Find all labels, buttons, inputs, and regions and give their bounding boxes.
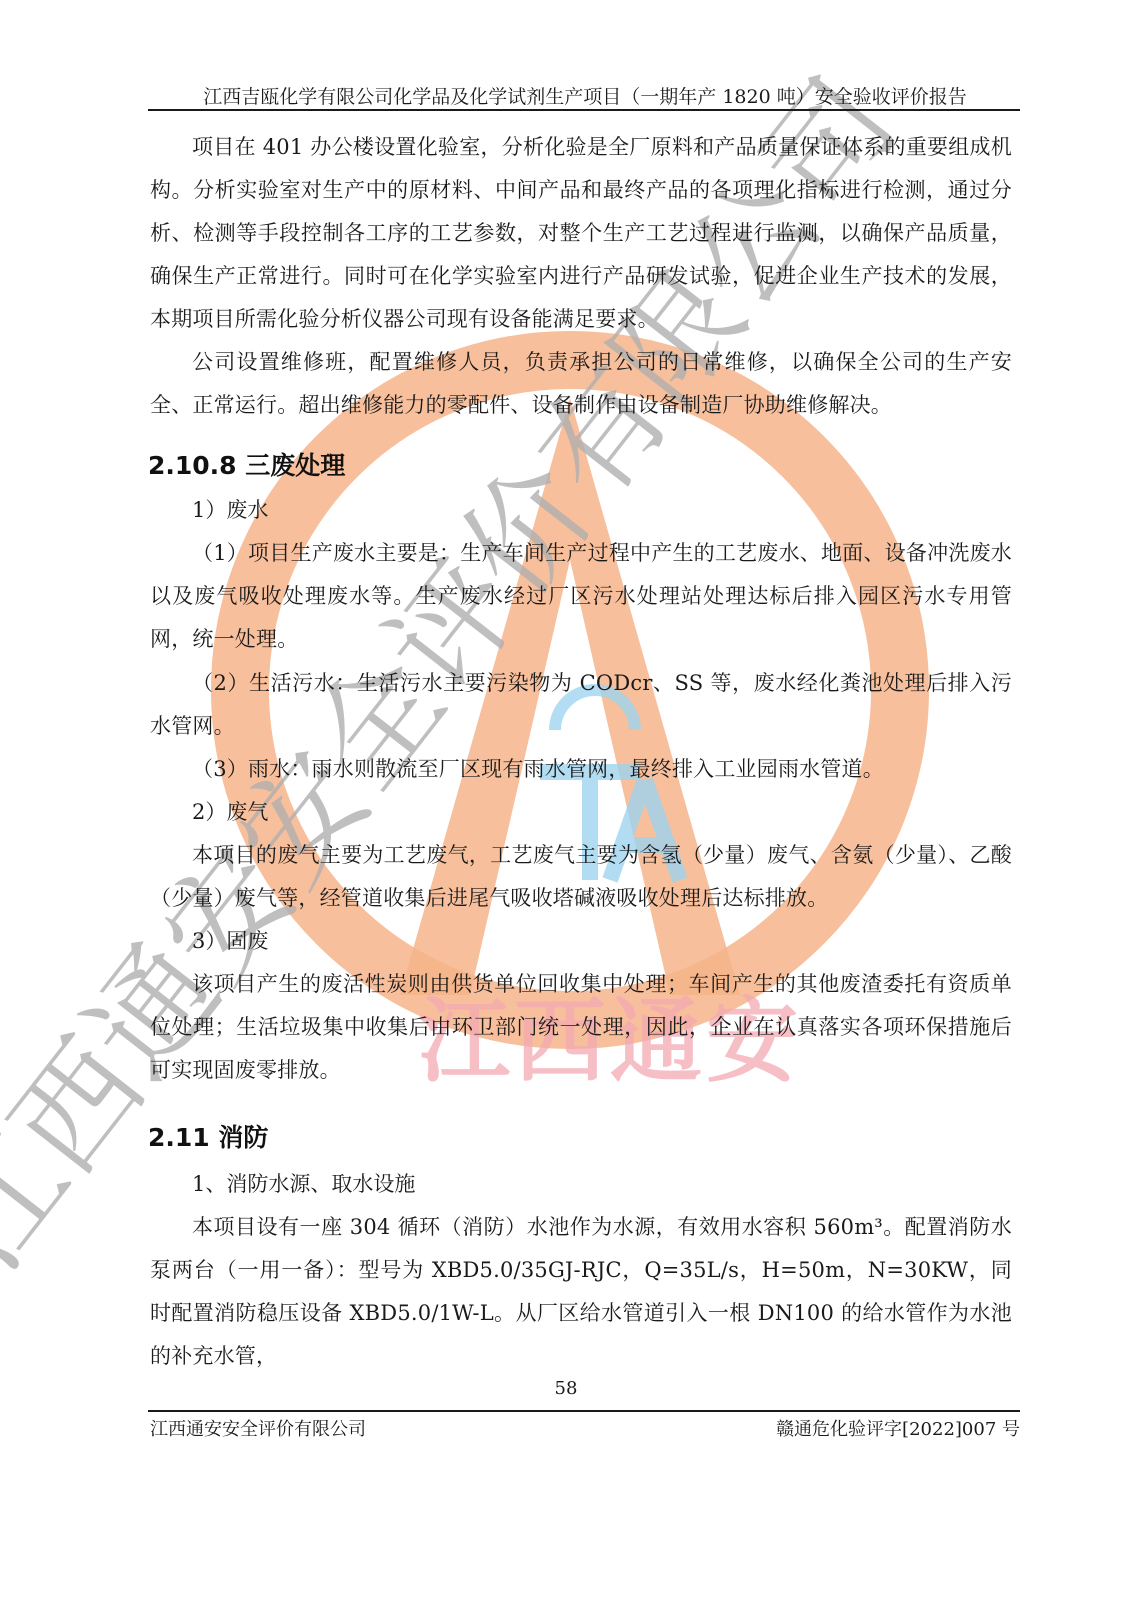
subheading-fire-water-source: 1、消防水源、取水设施 [192, 1163, 415, 1206]
paragraph-lab: 项目在 401 办公楼设置化验室，分析化验是全厂原料和产品质量保证体系的重要组成… [150, 126, 1012, 341]
page-content: 江西吉瓯化学有限公司化学品及化学试剂生产项目（一期年产 1820 吨）安全验收评… [0, 0, 1132, 1600]
footer-divider [148, 1410, 1020, 1412]
paragraph-domestic-sewage: （2）生活污水：生活污水主要污染物为 CODcr、SS 等，废水经化粪池处理后排… [150, 662, 1012, 748]
page-number: 58 [0, 1378, 1132, 1399]
paragraph-fire-water: 本项目设有一座 304 循环（消防）水池作为水源，有效用水容积 560m³。配置… [150, 1206, 1012, 1378]
document-page: 江西通安 江西通安安全评价有限公司 江西吉瓯化学有限公司化学品及化学试剂生产项目… [0, 0, 1132, 1600]
paragraph-waste-gas: 本项目的废气主要为工艺废气，工艺废气主要为含氢（少量）废气、含氨（少量）、乙酸（… [150, 834, 1012, 920]
paragraph-solid-waste: 该项目产生的废活性炭则由供货单位回收集中处理；车间产生的其他废渣委托有资质单位处… [150, 963, 1012, 1092]
section-heading-2-11: 2.11 消防 [148, 1118, 268, 1154]
section-heading-2-10-8: 2.10.8 三废处理 [148, 446, 345, 482]
paragraph-maintenance: 公司设置维修班，配置维修人员，负责承担公司的日常维修，以确保全公司的生产安全、正… [150, 341, 1012, 427]
header-divider [148, 109, 1020, 111]
subheading-solid-waste: 3）固废 [192, 920, 268, 963]
paragraph-rainwater: （3）雨水：雨水则散流至厂区现有雨水管网，最终排入工业园雨水管道。 [150, 748, 1012, 791]
subheading-waste-gas: 2）废气 [192, 791, 268, 834]
subheading-wastewater: 1）废水 [192, 489, 268, 532]
paragraph-production-wastewater: （1）项目生产废水主要是：生产车间生产过程中产生的工艺废水、地面、设备冲洗废水以… [150, 532, 1012, 661]
running-header: 江西吉瓯化学有限公司化学品及化学试剂生产项目（一期年产 1820 吨）安全验收评… [150, 82, 1020, 109]
footer-company: 江西通安安全评价有限公司 [150, 1415, 366, 1441]
footer-doc-number: 赣通危化验评字[2022]007 号 [776, 1415, 1020, 1441]
